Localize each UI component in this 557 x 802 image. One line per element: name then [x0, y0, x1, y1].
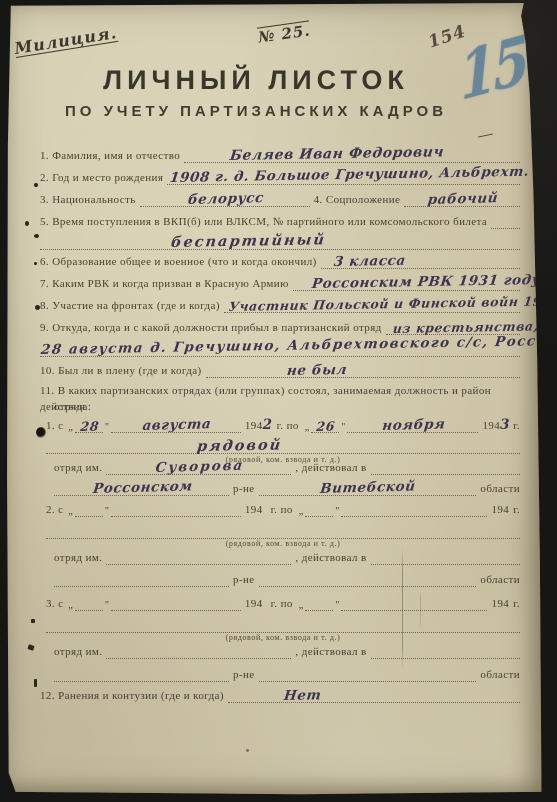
handwritten-value: Нет [283, 687, 322, 704]
paper-speck [34, 262, 37, 265]
field-row-wounds: 12. Ранения и контузии (где и когда) Нет [40, 687, 520, 703]
entry-region-row: р-не области [54, 666, 520, 682]
paper-speck [34, 679, 37, 687]
handwritten-value: не был [286, 362, 348, 379]
document-page: Милиция. № 25. 154 154 ЛИЧНЫЙ ЛИСТОК ПО … [6, 3, 542, 795]
paper-crease [420, 591, 421, 629]
field-line: Участник Польской и Финской войн 1939-40… [224, 298, 520, 313]
field-row-origin-line2: 28 августа д. Гречушино, Альбрехтовского… [40, 341, 520, 357]
handwritten-month: ноября [381, 416, 446, 434]
rank-line [46, 618, 520, 633]
open-quote: „ [299, 600, 303, 611]
handwritten-value: 1908 г. д. Большое Гречушино, Альбрехт. … [169, 162, 557, 186]
from-label: с [58, 597, 63, 611]
handwritten-district: Россонском [92, 478, 193, 497]
handwritten-value: 3 класса [333, 253, 407, 270]
handwritten-doc-number: № 25. [257, 21, 312, 46]
paper-speck [27, 644, 34, 651]
acted-label: , действовал в [295, 551, 366, 565]
field-line: 28 августа д. Гречушино, Альбрехтовского… [40, 342, 520, 357]
paper-speck [31, 619, 35, 623]
acted-line [371, 460, 520, 475]
month-line: августа [111, 418, 241, 433]
close-quote: " [335, 506, 339, 517]
rne-label: р-не [233, 668, 255, 682]
district-line [54, 667, 229, 682]
entry-number: 1. [46, 419, 55, 433]
open-quote: „ [68, 600, 72, 611]
year-suffix: г. [513, 503, 520, 517]
paper-speck [34, 234, 39, 238]
otryad-label: отряд им. [54, 645, 102, 659]
year-prefix: 194 [245, 419, 263, 433]
day-line [305, 596, 333, 611]
otryad-line [106, 550, 291, 565]
handwritten-value: рабочий [427, 190, 499, 208]
field-line: Россонским РВК 1931 году. [293, 276, 520, 291]
year-prefix: 194 [482, 419, 500, 433]
rank-caption: (рядовой, ком. взвода и т. д.) [46, 539, 520, 548]
to-label: г. по [271, 503, 293, 517]
day-line [75, 596, 103, 611]
handwritten-corner-note: Милиция. [13, 23, 118, 58]
handwritten-value: Беляев Иван Федорович [229, 144, 445, 164]
handwritten-value: Участник Польской и Финской войн 1939-40… [228, 292, 557, 314]
entry-rank-row [46, 617, 520, 633]
otryad-line: Суворова [106, 460, 291, 475]
year-prefix: 194 [245, 597, 263, 611]
field-label-detachments: 11. В каких партизанских отрядах (или гр… [40, 383, 526, 415]
entry-dates-row: 3. с „ " 194 г. по „ " 194 г. [46, 595, 520, 611]
handwritten-month: августа [142, 416, 213, 434]
handwritten-rank: рядовой [196, 436, 283, 455]
page-title: ЛИЧНЫЙ ЛИСТОК [36, 65, 476, 96]
entry-rank-row: рядовой [46, 438, 520, 454]
open-quote: „ [68, 422, 72, 433]
year-prefix: 194 [491, 503, 509, 517]
paper-speck [246, 749, 249, 752]
from-label: с [58, 419, 63, 433]
to-label: г. по [271, 597, 293, 611]
page-subtitle: ПО УЧЕТУ ПАРТИЗАНСКИХ КАДРОВ [36, 103, 476, 120]
field-row-origin: 9. Откуда, когда и с какой должности при… [40, 319, 520, 335]
acted-label: , действовал в [295, 645, 366, 659]
field-row-surname: 1. Фамилия, имя и отчество Беляев Иван Ф… [40, 147, 520, 163]
rne-label: р-не [233, 482, 255, 496]
entry-dates-row: 2. с „ " 194 г. по „ " 194 г. [46, 501, 520, 517]
month-line: ноября [347, 418, 478, 433]
close-quote: " [105, 506, 109, 517]
handwritten-value: белорусс [187, 190, 265, 208]
field-label: 3. Национальность [40, 193, 136, 207]
field-line: рабочий [404, 192, 520, 207]
otryad-line [106, 644, 291, 659]
close-quote: " [105, 600, 109, 611]
field-row-fronts: 8. Участие на фронтах (где и когда) Учас… [40, 297, 520, 313]
field-label: 4. Соцположение [314, 193, 401, 207]
field-label: 2. Год и место рождения [40, 171, 163, 185]
day-line [305, 502, 333, 517]
month-line [341, 502, 487, 517]
field-line [491, 214, 520, 229]
close-quote: " [105, 422, 109, 433]
handwritten-value: беспартийный [170, 231, 327, 251]
oblast-line [259, 572, 477, 587]
entry-number: 3. [46, 597, 55, 611]
pencil-dash-mark [478, 133, 493, 137]
field-row-party-line2: беспартийный [40, 234, 520, 250]
year-prefix: 194 [245, 503, 263, 517]
paper-crease [402, 548, 403, 670]
entry-number: 2. [46, 503, 55, 517]
oblast-label: области [480, 482, 520, 496]
field-row-rvk: 7. Каким РВК и когда призван в Красную А… [40, 275, 520, 291]
field-line: из крестьянства, [386, 320, 520, 335]
handwritten-value: Россонским РВК 1931 году. [311, 272, 547, 292]
field-label: 1. Фамилия, имя и отчество [40, 149, 180, 163]
entry-otryad-row: отряд им. , действовал в [54, 643, 520, 659]
handwritten-day: 26 [316, 418, 336, 434]
oblast-label: области [480, 573, 520, 587]
field-label-detachments-2: отряда: [54, 400, 91, 414]
field-line: беспартийный [40, 235, 520, 250]
handwritten-otryad: Суворова [155, 458, 246, 476]
field-label: 9. Откуда, когда и с какой должности при… [40, 321, 382, 335]
otryad-label: отряд им. [54, 551, 102, 565]
year-suffix: г. [513, 419, 520, 433]
paper-speck [25, 221, 29, 226]
field-line: белорусс [140, 192, 310, 207]
entry-otryad-row: отряд им. Суворова , действовал в [54, 459, 520, 475]
handwritten-year-digit: 3 [500, 417, 510, 433]
field-label: 10. Был ли в плену (где и когда) [40, 364, 202, 378]
day-line [75, 502, 103, 517]
field-label: 7. Каким РВК и когда призван в Красную А… [40, 277, 289, 291]
acted-label: , действовал в [295, 461, 366, 475]
paper-speck [35, 305, 40, 310]
handwritten-value: 28 августа д. Гречушино, Альбрехтовского… [40, 332, 557, 358]
acted-line [371, 550, 520, 565]
rank-line: рядовой [46, 439, 520, 454]
field-row-nationality: 3. Национальность белорусс 4. Соцположен… [40, 191, 520, 207]
handwritten-day: 28 [80, 418, 100, 434]
field-line: не был [206, 363, 520, 378]
to-label: г. по [277, 419, 299, 433]
field-label: 8. Участие на фронтах (где и когда) [40, 299, 220, 313]
paper-speck [34, 183, 38, 187]
rank-line [46, 524, 520, 539]
entry-region-row: р-не области [54, 571, 520, 587]
open-quote: „ [305, 422, 309, 433]
field-label: 5. Время поступления в ВКП(б) или ВЛКСМ,… [40, 215, 487, 229]
oblast-label: области [480, 668, 520, 682]
open-quote: „ [299, 506, 303, 517]
field-row-party: 5. Время поступления в ВКП(б) или ВЛКСМ,… [40, 213, 520, 229]
district-line: Россонском [54, 481, 229, 496]
district-line [54, 572, 229, 587]
entry-rank-row [46, 523, 520, 539]
month-line [111, 502, 241, 517]
entry-region-row: Россонском р-не Витебской области [54, 480, 520, 496]
close-quote: " [341, 422, 345, 433]
field-line: 1908 г. д. Большое Гречушино, Альбрехт. … [167, 170, 520, 185]
day-line: 26 [311, 418, 339, 433]
close-quote: " [335, 600, 339, 611]
handwritten-year-digit: 2 [263, 417, 273, 433]
from-label: с [58, 503, 63, 517]
rank-caption: (рядовой, ком. взвода и т. д.) [46, 633, 520, 642]
field-line: Беляев Иван Федорович [184, 148, 520, 163]
field-label: 12. Ранения и контузии (где и когда) [40, 689, 224, 703]
oblast-line: Витебской [259, 481, 477, 496]
field-row-captivity: 10. Был ли в плену (где и когда) не был [40, 362, 520, 378]
field-line: 3 класса [321, 254, 520, 269]
entry-otryad-row: отряд им. , действовал в [54, 549, 520, 565]
acted-line [371, 644, 520, 659]
day-line: 28 [75, 418, 103, 433]
handwritten-oblast: Витебской [320, 478, 417, 497]
month-line [341, 596, 487, 611]
entry-dates-row: 1. с „ 28 " августа 194 2 г. по „ 26 " н… [46, 417, 520, 433]
rne-label: р-не [233, 573, 255, 587]
open-quote: „ [68, 506, 72, 517]
oblast-line [259, 667, 477, 682]
punch-hole [36, 427, 46, 438]
field-label: 6. Образование общее и военное (что и ко… [40, 255, 317, 269]
field-row-education: 6. Образование общее и военное (что и ко… [40, 253, 520, 269]
field-line: Нет [228, 688, 520, 703]
field-row-birth: 2. Год и место рождения 1908 г. д. Больш… [40, 169, 520, 185]
otryad-label: отряд им. [54, 461, 102, 475]
year-suffix: г. [513, 597, 520, 611]
month-line [111, 596, 241, 611]
year-prefix: 194 [491, 597, 509, 611]
